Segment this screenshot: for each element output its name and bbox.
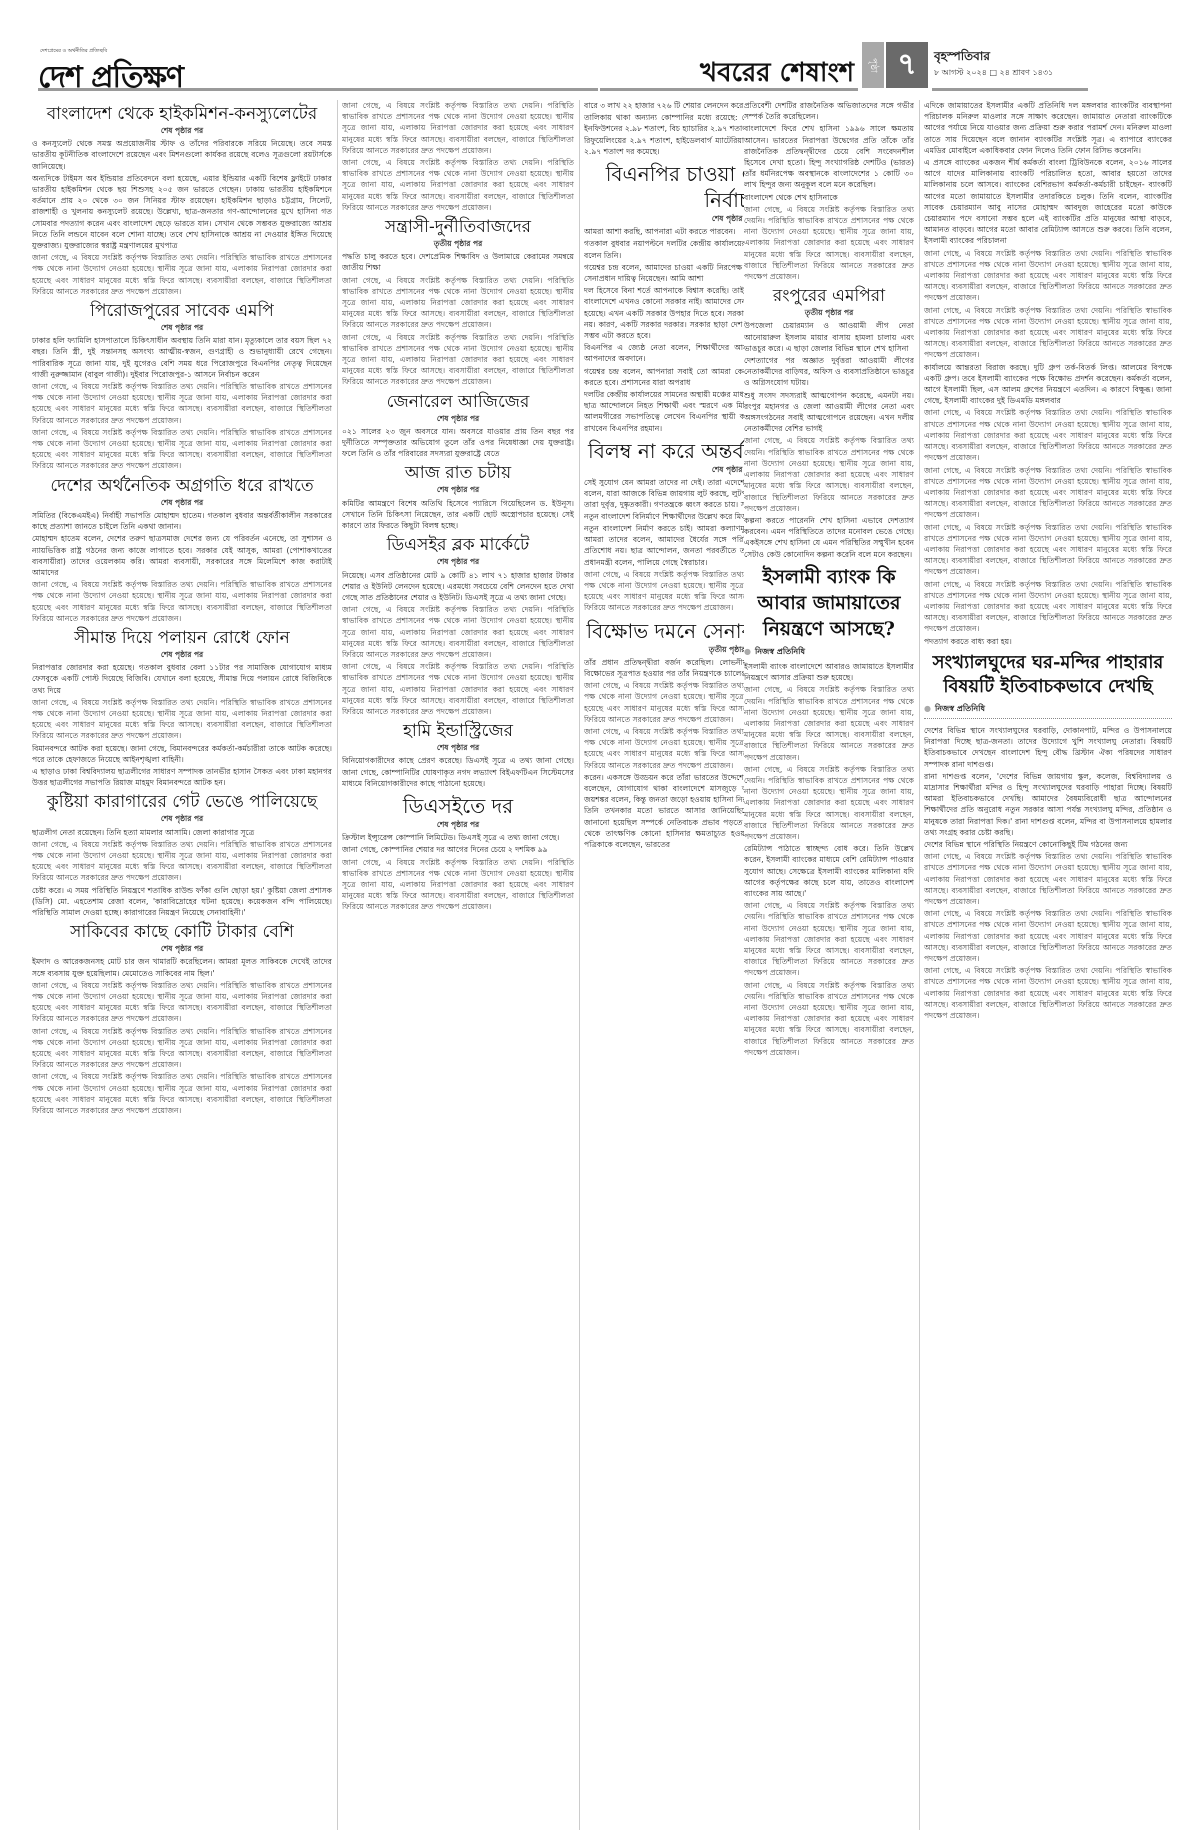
paragraph: জানা গেছে, এ বিষয়ে সংশ্লিষ্ট কর্তৃপক্ষ … [342, 661, 574, 717]
continuation-note: শেষ পৃষ্ঠার পর [32, 125, 332, 136]
article-dse-block: ডিএসইর ব্লক মার্কেটে শেষ পৃষ্ঠার পর নিয়… [342, 535, 574, 717]
article-islami-bank: ইসলামী ব্যাংক কি আবার জামায়াতের নিয়ন্ত… [744, 564, 914, 1058]
paragraph: জানা গেছে, এ বিষয়ে সংশ্লিষ্ট কর্তৃপক্ষ … [744, 980, 914, 1058]
headline[interactable]: ডিএসইতে দর [342, 793, 574, 819]
headline[interactable]: দেশের অর্থনৈতিক অগ্রগতি ধরে রাখতে [32, 476, 332, 497]
header-rule-mid [600, 88, 858, 91]
paragraph: উপজেলা চেয়ারম্যান ও আওয়ামী লীগ নেতা আন… [744, 320, 914, 354]
byline: নিজস্ব প্রতিনিধি [924, 703, 1172, 714]
paragraph: কল্পনা করতে পারেননি শেখ হাসিনা এভাবে দেশ… [744, 515, 914, 560]
headline[interactable]: পিরোজপুরের সাবেক এমপি [32, 301, 332, 322]
paragraph: এ প্রসঙ্গে ব্যাংকের একজন শীর্ষ কর্মকর্তা… [924, 157, 1172, 247]
continuation-note: শেষ পৃষ্ঠার পর [32, 813, 332, 824]
article-rangpur-mps: রংপুরের এমপিরা তৃতীয় পৃষ্ঠার পর উপজেলা … [744, 286, 914, 559]
paragraph: জানা গেছে, এ বিষয়ে সংশ্লিষ্ট কর্তৃপক্ষ … [924, 908, 1172, 964]
paragraph: জানা গেছে, এ বিষয়ে সংশ্লিষ্ট কর্তৃপক্ষ … [32, 1026, 332, 1071]
headline[interactable]: সংখ্যালঘুদের ঘর-মন্দির পাহারার বিষয়টি ই… [924, 651, 1172, 699]
paragraph: জানা গেছে, এ বিষয়ে সংশ্লিষ্ট কর্তৃপক্ষ … [924, 851, 1172, 907]
headline[interactable]: সন্ত্রাসী-দুর্নীতিবাজদের [342, 217, 574, 238]
paragraph: জানা গেছে, কোম্পানির শেয়ার দর আগের দিনে… [342, 844, 574, 855]
article-hicommission: বাংলাদেশ থেকে হাইকমিশন-কনস্যুলেটের শেষ প… [32, 104, 332, 297]
column-divider [579, 100, 580, 1830]
headline[interactable]: ডিএসইর ব্লক মার্কেটে [342, 535, 574, 556]
paragraph: জানা গেছে, এ বিষয়ে সংশ্লিষ্ট কর্তৃপক্ষ … [342, 332, 574, 388]
paragraph: নিয়েছে। এসব প্রতিষ্ঠানের মোট ৯ কোটি ৪১ … [342, 570, 574, 604]
paragraph: ইসলামী ব্যাংক বাংলাদেশে আবারও জামায়াতে … [744, 661, 914, 683]
column-5: এদিকে জামায়াতের ইসলামীর একটি প্রতিনিধি … [924, 100, 1172, 1830]
issue-date: ৮ আগস্ট ২০২৪ □ ২৪ শ্রাবণ ১৪৩১ [934, 67, 1053, 80]
continuation-note: শেষ পৃষ্ঠার পর [342, 556, 574, 567]
article-hami: হামি ইন্ডাস্ট্রিজের শেষ পৃষ্ঠার পর বিনিয… [342, 721, 574, 789]
paragraph: চেষ্টা করে। এ সময় পরিস্থিতি নিয়ন্ত্রণে… [32, 885, 332, 919]
headline[interactable]: আজ রাত চটায় [342, 463, 574, 484]
paragraph: নিরাপত্তার জোরদার করা হয়েছে। গতকাল বুধব… [32, 662, 332, 696]
paragraph: ইমদাদ ও আরেকজনসহ মোট চার জন খামারটি করেছ… [32, 956, 332, 978]
article-pirojpur: পিরোজপুরের সাবেক এমপি শেষ পৃষ্ঠার পর ঢাক… [32, 301, 332, 472]
paragraph: দেশের বিভিন্ন স্থানে পরিস্থিতি নিয়ন্ত্র… [924, 839, 1172, 850]
column-divider [919, 100, 920, 1830]
paragraph: জানা গেছে, এ বিষয়ে সংশ্লিষ্ট কর্তৃপক্ষ … [924, 579, 1172, 635]
article-minorities: সংখ্যালঘুদের ঘর-মন্দির পাহারার বিষয়টি ই… [924, 651, 1172, 1021]
continuation-note: শেষ পৃষ্ঠার পর [32, 943, 332, 954]
paragraph: এদিকে জামায়াতের ইসলামীর একটি প্রতিনিধি … [924, 100, 1172, 156]
paragraph: দেশত্যাগের পর অজ্ঞাত দুর্বৃত্তরা আওয়ামী… [744, 355, 914, 389]
paragraph: এ ছাড়াও ঢাকা বিশ্ববিদ্যালয় ছাত্রলীগের … [32, 766, 332, 788]
paragraph: মোহাম্মদ হাতেম বলেন, দেশের তরুণ ছাত্রসমা… [32, 533, 332, 578]
paragraph: ০২১ সালের ২৩ জুন অবসরে যান। অবসরে যাওয়া… [342, 426, 574, 460]
headline[interactable]: সাকিবের কাছে কোটি টাকার বেশি [32, 922, 332, 943]
page-body: বাংলাদেশ থেকে হাইকমিশন-কনস্যুলেটের শেষ প… [32, 100, 1172, 1830]
column-2: জানা গেছে, এ বিষয়ে সংশ্লিষ্ট কর্তৃপক্ষ … [342, 100, 574, 1830]
paragraph: জানা গেছে, এ বিষয়ে সংশ্লিষ্ট কর্তৃপক্ষ … [32, 1071, 332, 1116]
byline: নিজস্ব প্রতিনিধি [744, 646, 914, 657]
article-kushtia: কুষ্টিয়া কারাগারের গেট ভেঙে পালিয়েছে শ… [32, 792, 332, 918]
headline[interactable]: কুষ্টিয়া কারাগারের গেট ভেঙে পালিয়েছে [32, 792, 332, 813]
headline[interactable]: বাংলাদেশ থেকে হাইকমিশন-কনস্যুলেটের [32, 104, 332, 125]
headline[interactable]: জেনারেল আজিজের [342, 392, 574, 413]
paragraph: রেমিট্যান্স পাঠাতে স্বাচ্ছন্দ্য বোধ করে।… [744, 843, 914, 899]
weekday: বৃহস্পতিবার [934, 48, 990, 68]
paragraph: ছাত্রলীগ নেতা রয়েছেন। তিনি হত্যা মামলার… [32, 827, 332, 838]
dotted-divider [924, 718, 1172, 719]
headline[interactable]: হামি ইন্ডাস্ট্রিজের [342, 721, 574, 742]
paragraph: বাংলাদেশ থেকে শেখ হাসিনাকে [744, 192, 914, 203]
paragraph: প্রতিবেশী দেশটির রাজনৈতিক অভিজাতদের সঙ্গ… [744, 100, 914, 122]
paragraph: কার্যালয়ে আন্তরতা বিরাজ করছে। দুটি গ্রু… [924, 362, 1172, 407]
continuation-note: শেষ পৃষ্ঠার পর [32, 322, 332, 333]
paragraph: জানা গেছে, এ বিষয়ে সংশ্লিষ্ট কর্তৃপক্ষ … [32, 839, 332, 884]
article-border: সীমান্ত দিয়ে পলায়ন রোধে ফোন শেষ পৃষ্ঠা… [32, 628, 332, 788]
continuation-note: শেষ পৃষ্ঠার পর [342, 742, 574, 753]
paragraph: জানা গেছে, এ বিষয়ে সংশ্লিষ্ট কর্তৃপক্ষ … [32, 252, 332, 297]
continuation-note: তৃতীয় পৃষ্ঠার পর [744, 307, 914, 318]
paragraph: জানা গেছে, এ বিষয়ে সংশ্লিষ্ট কর্তৃপক্ষ … [32, 697, 332, 742]
article-tonight: আজ রাত চটায় শেষ পৃষ্ঠার পর কমিটির আমন্ত… [342, 463, 574, 531]
paragraph: ও কনস্যুলেট থেকে সমস্ত অপ্রয়োজনীয় স্টা… [32, 138, 332, 172]
column-1: বাংলাদেশ থেকে হাইকমিশন-কনস্যুলেটের শেষ প… [32, 100, 332, 1830]
paragraph: ঢাকার হলি ফ্যামিলি হাসপাতালে চিকিৎসাধীন … [32, 335, 332, 380]
paragraph: জানা গেছে, এ বিষয়ে সংশ্লিষ্ট কর্তৃপক্ষ … [744, 900, 914, 978]
paragraph: জানা গেছে, এ বিষয়ে সংশ্লিষ্ট কর্তৃপক্ষ … [924, 522, 1172, 578]
paragraph: জানা গেছে, এ বিষয়ে সংশ্লিষ্ট কর্তৃপক্ষ … [342, 100, 574, 156]
paragraph: অন্যদিকে টাইমস অব ইন্ডিয়ার প্রতিবেদনে ব… [32, 173, 332, 251]
continuation-note: তৃতীয় পৃষ্ঠার পর [342, 238, 574, 249]
paragraph: ক্রিস্টাল ইন্স্যুরেন্স কোম্পানি লিমিটেড।… [342, 832, 574, 843]
continuation-note: শেষ পৃষ্ঠার পর [342, 484, 574, 495]
article-terrorists: সন্ত্রাসী-দুর্নীতিবাজদের তৃতীয় পৃষ্ঠার … [342, 217, 574, 388]
paragraph: জানা গেছে, এ বিষয়ে সংশ্লিষ্ট কর্তৃপক্ষ … [32, 980, 332, 1025]
continuation-note: শেষ পৃষ্ঠার পর [32, 497, 332, 508]
article-general-aziz: জেনারেল আজিজের শেষ পৃষ্ঠার পর ০২১ সালের … [342, 392, 574, 460]
paragraph: দেশের বিভিন্ন স্থানে সংখ্যালঘুদের ঘরবাড়… [924, 725, 1172, 770]
paragraph: জানা গেছে, এ বিষয়ে সংশ্লিষ্ট কর্তৃপক্ষ … [342, 157, 574, 213]
article-dse-price: ডিএসইতে দর শেষ পৃষ্ঠার পর ক্রিস্টাল ইন্স… [342, 793, 574, 913]
paragraph: জানা গেছে, এ বিষয়ে সংশ্লিষ্ট কর্তৃপক্ষ … [924, 465, 1172, 521]
paragraph: জানা গেছে, এ বিষয়ে সংশ্লিষ্ট কর্তৃপক্ষ … [342, 275, 574, 331]
column-divider [337, 100, 338, 1830]
paragraph: জানা গেছে, এ বিষয়ে সংশ্লিষ্ট কর্তৃপক্ষ … [32, 381, 332, 426]
continuation-note: শেষ পৃষ্ঠার পর [342, 413, 574, 424]
paragraph: বিনিয়োগকারীদের কাছে প্রেরণ করেছে। ডিএসই… [342, 755, 574, 789]
headline[interactable]: রংপুরের এমপিরা [744, 286, 914, 307]
article-economy: দেশের অর্থনৈতিক অগ্রগতি ধরে রাখতে শেষ পৃ… [32, 476, 332, 624]
paragraph: পদত্যাগ করতে বাধ্য করা হয়। [924, 636, 1172, 647]
headline[interactable]: সীমান্ত দিয়ে পলায়ন রোধে ফোন [32, 628, 332, 649]
continuation-note: শেষ পৃষ্ঠার পর [32, 649, 332, 660]
paragraph: বিমানবন্দরে আটক করা হয়েছে। জানা গেছে, ব… [32, 743, 332, 765]
paragraph: রানা দাশগুপ্ত বলেন, 'দেশের বিভিন্ন জায়গ… [924, 771, 1172, 838]
paragraph: জানা গেছে, এ বিষয়ে সংশ্লিষ্ট কর্তৃপক্ষ … [744, 764, 914, 842]
paragraph: জানা গেছে, এ বিষয়ে সংশ্লিষ্ট কর্তৃপক্ষ … [924, 965, 1172, 1021]
paragraph: জানা গেছে, এ বিষয়ে সংশ্লিষ্ট কর্তৃপক্ষ … [924, 305, 1172, 361]
paragraph: কমিটির আমন্ত্রণে বিশেষ অতিথি হিসেবে প্যা… [342, 498, 574, 532]
continuation-note: শেষ পৃষ্ঠার পর [342, 819, 574, 830]
paragraph: জানা গেছে, এ বিষয়ে সংশ্লিষ্ট কর্তৃপক্ষ … [744, 204, 914, 282]
paragraph: বাংলাদেশে ফিরে শেখ হাসিনা ১৯৯৬ সালে ক্ষম… [744, 123, 914, 190]
article-shakib: সাকিবের কাছে কোটি টাকার বেশি শেষ পৃষ্ঠার… [32, 922, 332, 1116]
paragraph: জানা গেছে, এ বিষয়ে সংশ্লিষ্ট কর্তৃপক্ষ … [744, 435, 914, 513]
page-label: পৃষ্ঠা [862, 42, 884, 88]
paragraph: জানা গেছে, এ বিষয়ে সংশ্লিষ্ট কর্তৃপক্ষ … [32, 579, 332, 624]
paragraph: জানা গেছে, এ বিষয়ে সংশ্লিষ্ট কর্তৃপক্ষ … [924, 407, 1172, 463]
paragraph: জানা গেছে, এ বিষয়ে সংশ্লিষ্ট কর্তৃপক্ষ … [342, 604, 574, 660]
masthead: দেশপ্রেমের ও অর্থনীতির প্রতিচ্ছবি দেশ প্… [0, 0, 1200, 100]
paragraph: জানা গেছে, এ বিষয়ে সংশ্লিষ্ট কর্তৃপক্ষ … [32, 427, 332, 472]
paragraph: জানা গেছে, এ বিষয়ে সংশ্লিষ্ট কর্তৃপক্ষ … [924, 248, 1172, 304]
header-rule-left [38, 88, 598, 91]
newspaper-logo[interactable]: দেশ প্রতিক্ষণ [38, 53, 183, 104]
header-rule-right [932, 88, 1088, 91]
paragraph: সমিতির (বিকেএমইএ) নির্বাহী সভাপতি মোহাম্… [32, 510, 332, 532]
paragraph: পদ্ধতি চালু করতে হবে। দেশপ্রেমিক শিক্ষাব… [342, 251, 574, 273]
column-4: প্রতিবেশী দেশটির রাজনৈতিক অভিজাতদের সঙ্গ… [744, 100, 914, 1830]
headline[interactable]: ইসলামী ব্যাংক কি আবার জামায়াতের নিয়ন্ত… [744, 564, 914, 642]
page-number: ৭ [886, 42, 928, 88]
paragraph: শুধু সংসদ সদস্যরাই আত্মগোপন করেছে, এমনটা… [744, 390, 914, 435]
paragraph: জানা গেছে, এ বিষয়ে সংশ্লিষ্ট কর্তৃপক্ষ … [342, 857, 574, 913]
paragraph: জানা গেছে, এ বিষয়ে সংশ্লিষ্ট কর্তৃপক্ষ … [744, 684, 914, 762]
